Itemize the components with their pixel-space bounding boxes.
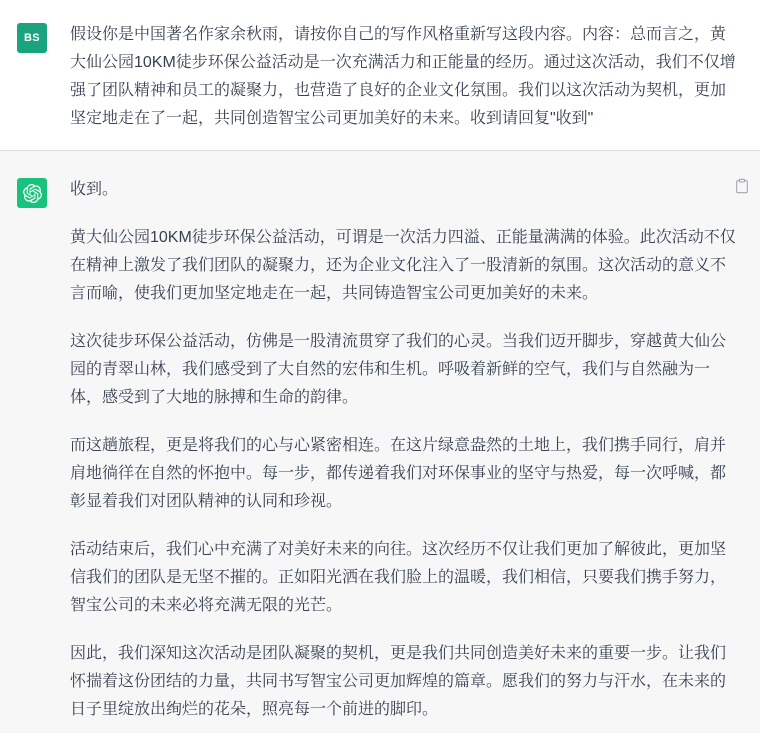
assistant-paragraph: 收到。 bbox=[70, 176, 737, 204]
user-avatar: BS bbox=[17, 23, 47, 53]
clipboard-icon bbox=[734, 178, 750, 194]
assistant-message-text: 收到。 黄大仙公园10KM徒步环保公益活动，可谓是一次活力四溢、正能量满满的体验… bbox=[70, 176, 737, 724]
user-message-text: 假设你是中国著名作家余秋雨，请按你自己的写作风格重新写这段内容。内容：总而言之，… bbox=[70, 21, 737, 133]
copy-button[interactable] bbox=[732, 176, 752, 196]
assistant-paragraph: 黄大仙公园10KM徒步环保公益活动，可谓是一次活力四溢、正能量满满的体验。此次活… bbox=[70, 224, 737, 308]
chat-conversation: BS 假设你是中国著名作家余秋雨，请按你自己的写作风格重新写这段内容。内容：总而… bbox=[0, 0, 760, 733]
user-message: BS 假设你是中国著名作家余秋雨，请按你自己的写作风格重新写这段内容。内容：总而… bbox=[0, 0, 760, 150]
openai-logo-icon bbox=[23, 184, 42, 203]
chatgpt-avatar bbox=[17, 178, 47, 208]
assistant-paragraph: 而这趟旅程，更是将我们的心与心紧密相连。在这片绿意盎然的土地上，我们携手同行，肩… bbox=[70, 432, 737, 516]
assistant-message: 收到。 黄大仙公园10KM徒步环保公益活动，可谓是一次活力四溢、正能量满满的体验… bbox=[0, 150, 760, 733]
assistant-paragraph: 因此，我们深知这次活动是团队凝聚的契机，更是我们共同创造美好未来的重要一步。让我… bbox=[70, 640, 737, 724]
assistant-paragraph: 活动结束后，我们心中充满了对美好未来的向往。这次经历不仅让我们更加了解彼此，更加… bbox=[70, 536, 737, 620]
assistant-paragraph: 这次徒步环保公益活动，仿佛是一股清流贯穿了我们的心灵。当我们迈开脚步，穿越黄大仙… bbox=[70, 328, 737, 412]
